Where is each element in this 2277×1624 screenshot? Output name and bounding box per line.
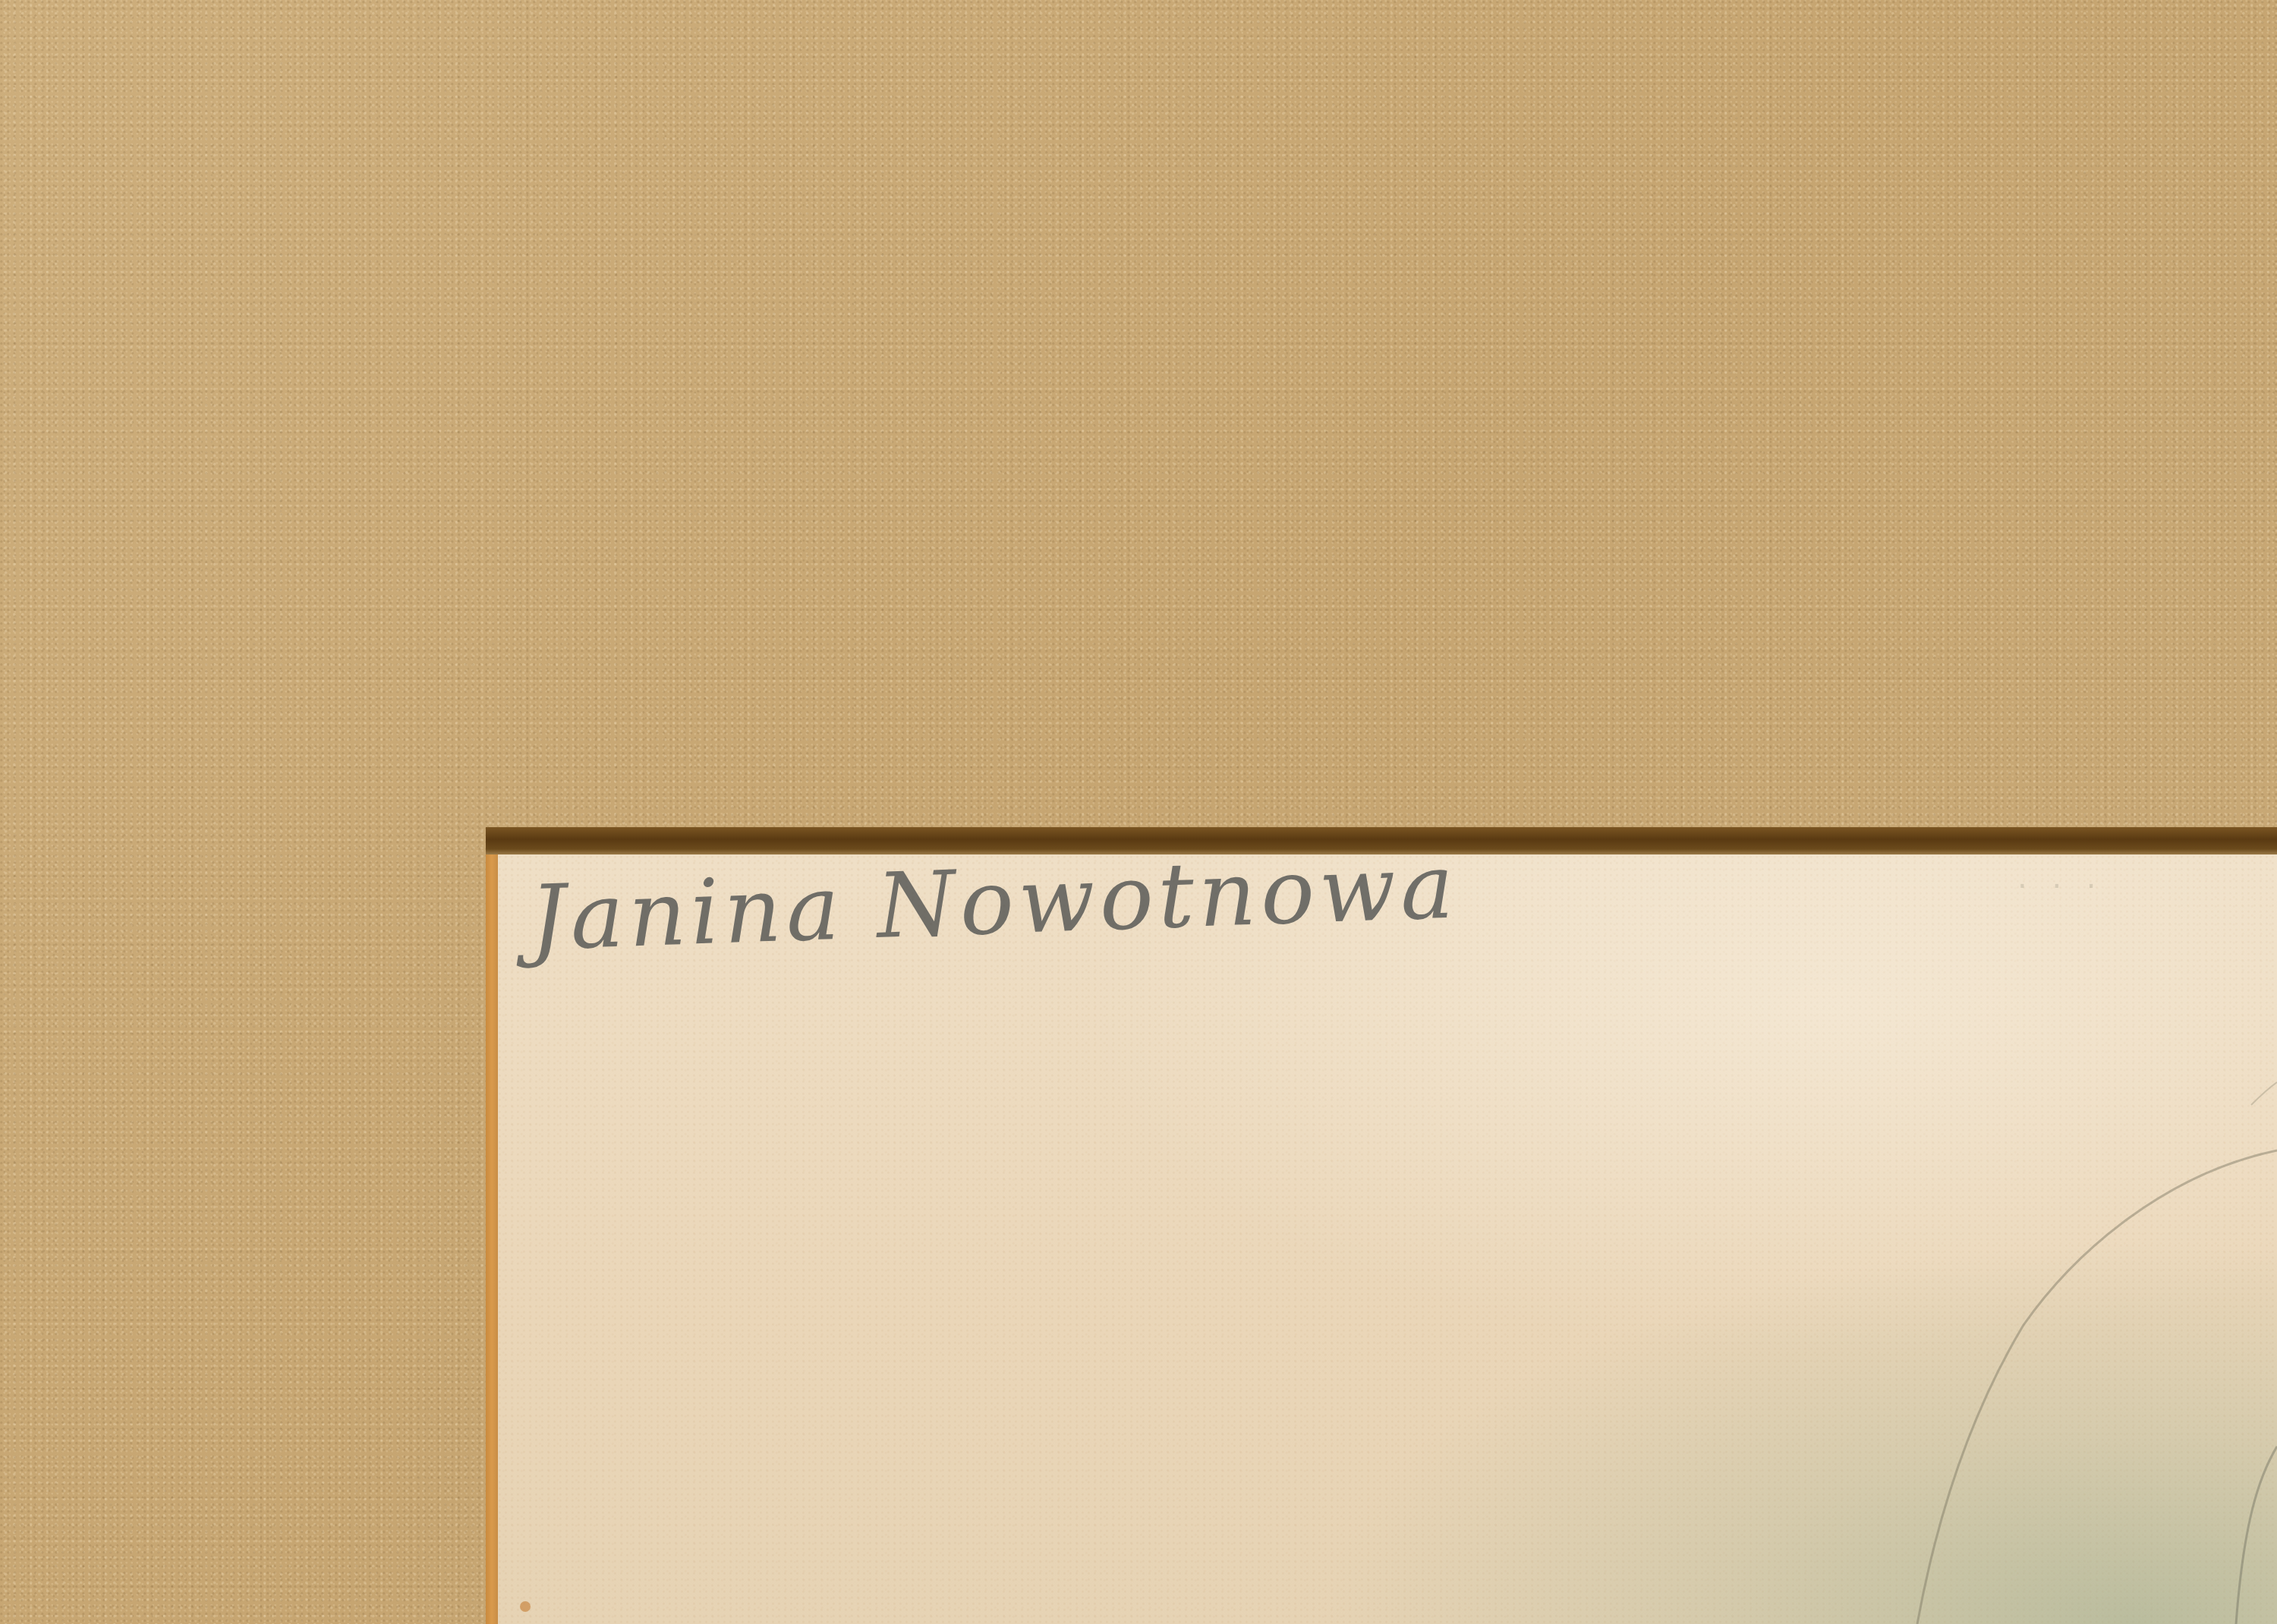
artwork-paper: Janina Nowotnowa · · ·: [498, 854, 2277, 1624]
pencil-sketch-lines: [498, 854, 2277, 1624]
mat-bevel-left: [486, 827, 498, 1624]
mat-bevel-top: [486, 827, 2277, 854]
mat-window: Janina Nowotnowa · · ·: [486, 827, 2277, 1624]
